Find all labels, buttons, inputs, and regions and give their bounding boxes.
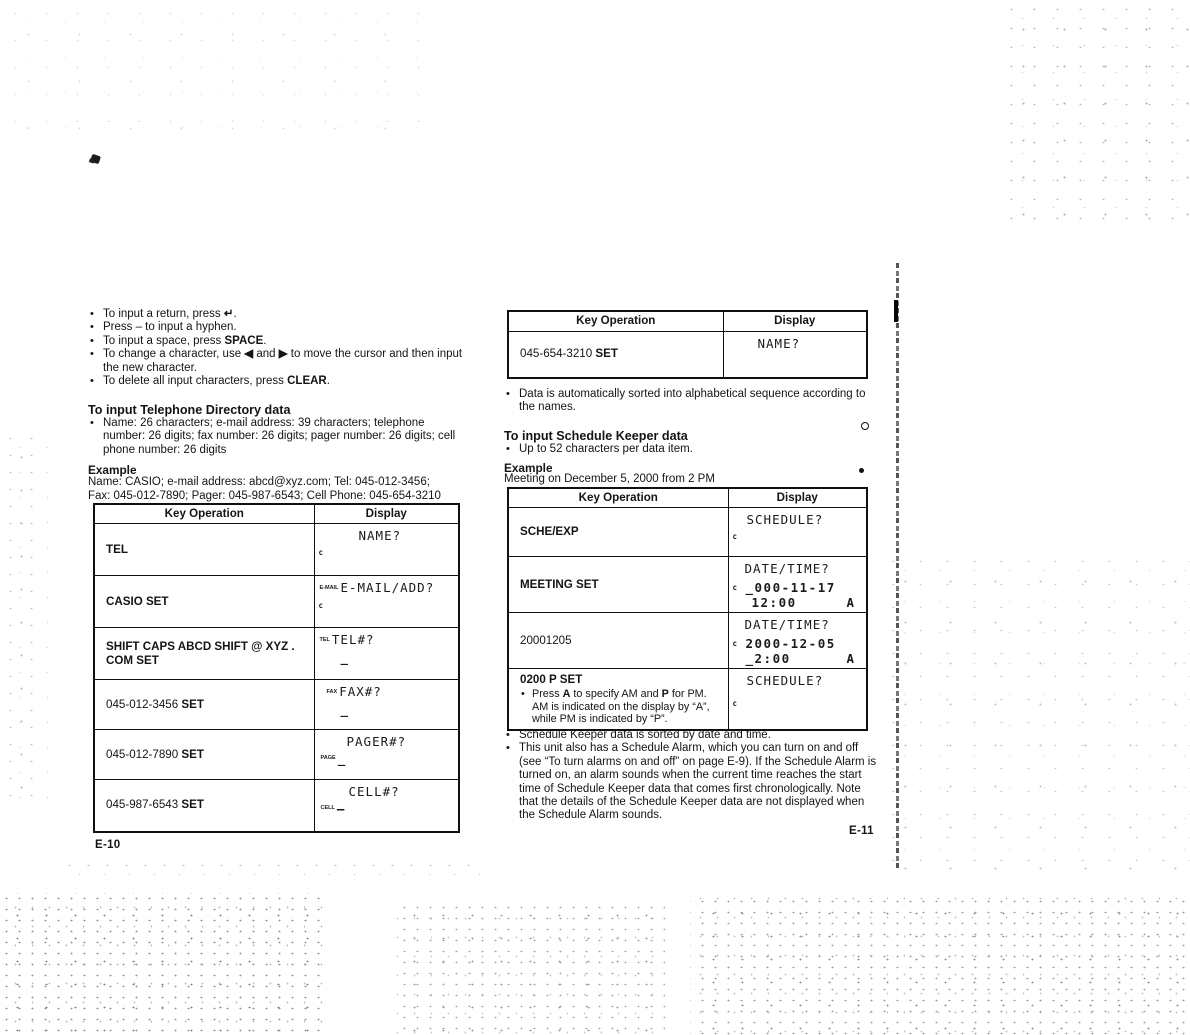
bullet-text: This unit also has a Schedule Alarm, whi… [519,742,876,821]
list-item: To input a space, press SPACE. [88,335,466,348]
cell-tag-icon: CELL [321,801,335,816]
display-prompt: PAGER#? [347,734,455,749]
display-time: _2:00 [746,651,791,666]
key-operation-cell: 0200 P SET Press A to specify AM and P f… [508,669,728,730]
display-time: 12:00 [752,595,797,610]
list-item: Press – to input a hyphen. [88,321,466,334]
key-operation-cell: MEETING SET [508,557,728,613]
display-cell: DATE/TIME? c2000-12-05 _2:00A [728,613,867,669]
example-text: Name: CASIO; e-mail address: abcd@xyz.co… [88,476,466,503]
key-name: SCHE/EXP [520,525,579,538]
key-name: 0200 P SET [520,673,582,686]
example-text: Meeting on December 5, 2000 from 2 PM [504,473,876,487]
schedule-keeper-key-table: Key Operation Display SCHE/EXP SCHEDULE?… [507,487,868,731]
table-row: MEETING SET DATE/TIME? c_000-11-17 12:00… [508,557,867,613]
cursor-icon: – [337,801,345,816]
key-name: SET [181,798,204,811]
cursor-icon: c [733,529,746,544]
scan-noise [0,430,48,800]
key-operation-cell: 045-012-3456 SET [94,680,314,730]
bullet-text: Press – to input a hyphen. [103,321,237,333]
table-row: 20001205 DATE/TIME? c2000-12-05 _2:00A [508,613,867,669]
bullet-text: and [253,348,279,360]
clear-key-label: CLEAR [287,375,327,387]
bullet-text: . [233,308,236,320]
pager-tag-icon: PAGE [321,751,336,766]
typed-digits: 045-012-7890 [106,748,181,761]
list-item: This unit also has a Schedule Alarm, whi… [504,742,878,822]
key-name: SET [181,748,204,761]
typed-digits: 045-987-6543 [106,798,181,811]
table-header-row: Key Operation Display [94,504,459,524]
display-prompt: E-MAIL/ADD? [340,580,434,595]
page-number-left: E-10 [95,839,121,851]
display-cell: SCHEDULE? c [728,669,867,730]
page-binding-artifact [896,263,899,870]
page-binding-artifact-dark [894,300,898,322]
display-cell: CELL#? CELL– [314,780,459,832]
display-prompt: NAME? [359,528,455,543]
display-date: _000-11-17 [746,580,836,595]
scan-noise [60,858,480,880]
list-item: To change a character, use ◀ and ▶ to mo… [88,348,466,375]
bullet-text: . [327,375,330,387]
space-key-label: SPACE [224,335,263,347]
scan-noise [880,550,1190,880]
bullet-text: To input a space, press [103,335,224,347]
tel-tag-icon: TEL [320,637,330,643]
display-cell: FAXFAX#? _ [314,680,459,730]
table-row: 045-654-3210 SET NAME? [508,331,867,378]
stray-mark [861,422,869,430]
display-prompt: DATE/TIME? [745,561,863,576]
display-prompt: SCHEDULE? [747,673,863,688]
display-cell: DATE/TIME? c_000-11-17 12:00A [728,557,867,613]
scanned-manual-page: { "left_page": { "bullets": { "b1_pre": … [0,0,1190,1035]
ink-smudge [90,154,101,164]
table-row: 045-012-7890 SET PAGER#? PAGE_ [94,730,459,780]
column-header-display: Display [723,311,867,331]
display-cell: NAME? [723,331,867,378]
fax-tag-icon: FAX [327,689,338,695]
table-row: CASIO SET E-MAILE-MAIL/ADD? c [94,576,459,628]
cursor-icon: _ [338,751,346,766]
bullet-text: Up to 52 characters per data item. [519,443,693,455]
scan-noise [690,895,1190,1035]
email-tag-icon: E-MAIL [320,585,339,591]
key-operation-cell: 045-987-6543 SET [94,780,314,832]
telephone-directory-spec-list: Name: 26 characters; e-mail address: 39 … [88,417,466,457]
cursor-icon: _ [341,702,349,717]
key-operation-cell: TEL [94,524,314,576]
key-operation-cell: SHIFT CAPS ABCD SHIFT @ XYZ . COM SET [94,628,314,680]
table-row: TEL NAME? c [94,524,459,576]
display-cell: TELTEL#? _ [314,628,459,680]
bullet-text: Schedule Keeper data is sorted by date a… [519,729,771,741]
table-header-row: Key Operation Display [508,488,867,508]
list-item: Up to 52 characters per data item. [504,443,876,456]
cursor-icon: c [319,598,332,613]
typed-digits: 20001205 [520,634,572,647]
left-arrow-key-icon: ◀ [244,348,253,360]
key-operation-cell: 20001205 [508,613,728,669]
display-cell: NAME? c [314,524,459,576]
bullet-text: To delete all input characters, press [103,375,287,387]
display-cell: PAGER#? PAGE_ [314,730,459,780]
section-title-schedule-keeper: To input Schedule Keeper data [504,429,688,443]
display-prompt: TEL#? [332,632,375,647]
am-pm-note: Press A to specify AM and P for PM. AM i… [520,688,722,726]
name-input-key-table: Key Operation Display 045-654-3210 SET N… [507,310,868,379]
key-operation-cell: CASIO SET [94,576,314,628]
right-arrow-key-icon: ▶ [279,348,288,360]
bullet-text: . [263,335,266,347]
key-name: SHIFT CAPS ABCD SHIFT @ XYZ . COM SET [106,640,295,667]
key-name: SET [595,347,618,360]
scan-noise [0,0,420,130]
display-prompt: CELL#? [349,784,455,799]
display-prompt: FAX#? [339,684,382,699]
schedule-notes-list: Schedule Keeper data is sorted by date a… [504,729,878,823]
section-title-telephone-directory: To input Telephone Directory data [88,403,290,417]
display-prompt: DATE/TIME? [745,617,863,632]
am-pm-indicator: A [846,651,854,666]
example-label: Example [88,463,137,477]
key-name: TEL [106,543,128,556]
column-header-key-operation: Key Operation [94,504,314,524]
bullet-text: Data is automatically sorted into alphab… [519,388,865,413]
cursor-icon: _ [341,650,349,665]
display-date: 2000-12-05 [746,636,836,651]
key-name: MEETING SET [520,578,599,591]
table-row: 045-987-6543 SET CELL#? CELL– [94,780,459,832]
example-line: Name: CASIO; e-mail address: abcd@xyz.co… [88,476,466,490]
return-key-icon: ↵ [224,308,234,320]
table-row: 0200 P SET Press A to specify AM and P f… [508,669,867,730]
cursor-icon: c [733,696,746,711]
bullet-text: To input a return, press [103,308,224,320]
cursor-icon: c [733,636,746,651]
table-row: SHIFT CAPS ABCD SHIFT @ XYZ . COM SET TE… [94,628,459,680]
column-header-display: Display [728,488,867,508]
key-operation-cell: 045-654-3210 SET [508,331,723,378]
page-number-right: E-11 [849,825,874,837]
list-item: Data is automatically sorted into alphab… [504,388,876,415]
key-name: CASIO SET [106,595,169,608]
bullet-text: Name: 26 characters; e-mail address: 39 … [103,417,455,456]
scan-noise [1000,0,1190,220]
table-row: 045-012-3456 SET FAXFAX#? _ [94,680,459,730]
typed-digits: 045-012-3456 [106,698,181,711]
key-name: SET [181,698,204,711]
display-cell: E-MAILE-MAIL/ADD? c [314,576,459,628]
stray-bullet-dot [859,468,864,473]
scan-noise [395,900,665,1035]
list-item: Name: 26 characters; e-mail address: 39 … [88,417,466,457]
table-row: SCHE/EXP SCHEDULE? c [508,508,867,557]
input-tips-bullet-list: To input a return, press ↵. Press – to i… [88,308,466,388]
display-cell: SCHEDULE? c [728,508,867,557]
cursor-icon: c [733,580,746,595]
table-header-row: Key Operation Display [508,311,867,331]
key-operation-cell: 045-012-7890 SET [94,730,314,780]
key-operation-cell: SCHE/EXP [508,508,728,557]
example-line: Fax: 045-012-7890; Pager: 045-987-6543; … [88,490,466,504]
list-item: To input a return, press ↵. [88,308,466,321]
list-item: Schedule Keeper data is sorted by date a… [504,729,878,742]
sorting-note-list: Data is automatically sorted into alphab… [504,388,876,415]
scan-noise [0,893,330,1035]
display-prompt: SCHEDULE? [747,512,863,527]
bullet-text: To change a character, use [103,348,244,360]
display-prompt: NAME? [758,336,863,351]
schedule-spec-list: Up to 52 characters per data item. [504,443,876,456]
column-header-display: Display [314,504,459,524]
telephone-directory-key-table: Key Operation Display TEL NAME? c CASIO … [93,503,460,833]
column-header-key-operation: Key Operation [508,488,728,508]
typed-digits: 045-654-3210 [520,347,595,360]
cursor-icon: c [319,545,332,560]
list-item: To delete all input characters, press CL… [88,375,466,388]
column-header-key-operation: Key Operation [508,311,723,331]
am-pm-indicator: A [846,595,854,610]
